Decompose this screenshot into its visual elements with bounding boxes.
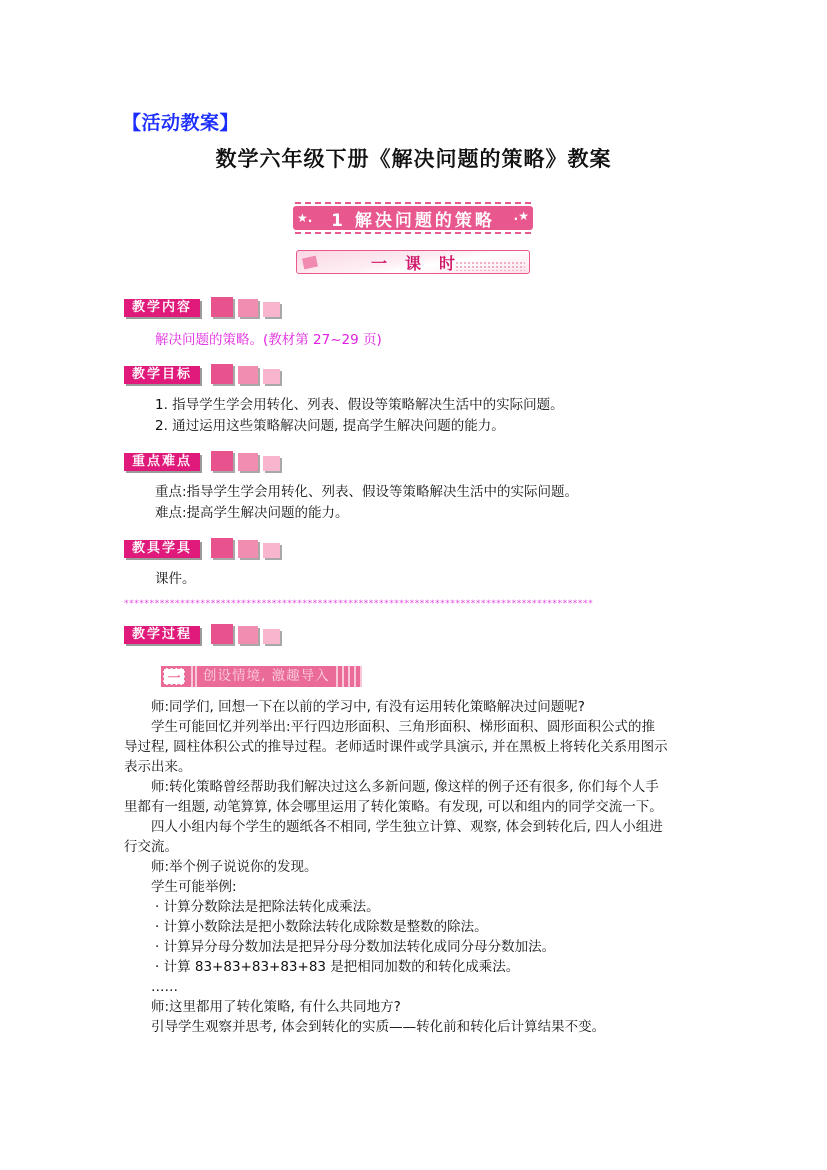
section-heading-label: 重点难点 (124, 453, 200, 471)
tools-text: 课件。 (155, 569, 196, 589)
content-text: 解决问题的策略。(教材第 27~29 页) (155, 330, 382, 350)
paragraph-line: 里都有一组题, 动笔算算, 体会哪里运用了转化策略。有发现, 可以和组内的同学交… (124, 797, 724, 817)
decorative-square-icon (238, 366, 258, 384)
decorative-square-icon (238, 540, 258, 558)
paragraph-line: 学生可能回忆并列举出:平行四边形面积、三角形面积、梯形面积、圆形面积公式的推 (124, 717, 724, 737)
key-point-text: 重点:指导学生学会用转化、列表、假设等策略解决生活中的实际问题。 (155, 482, 578, 502)
section-heading-label: 教学过程 (124, 626, 200, 644)
star-icon: .★ (514, 209, 529, 223)
section-heading-tools: 教具学具 (124, 536, 280, 558)
unit-banner-label: 1 解决问题的策略 (331, 206, 495, 231)
decorative-square-icon (263, 543, 280, 558)
paragraph-line: 引导学生观察并思考, 体会到转化的实质——转化前和转化后计算结果不变。 (124, 1017, 724, 1037)
section-heading-goals: 教学目标 (124, 362, 280, 384)
paragraph-line: 行交流。 (124, 837, 724, 857)
diamond-decoration-icon (302, 256, 318, 270)
decorative-square-icon (263, 629, 280, 644)
paragraph-line: 师:举个例子说说你的发现。 (124, 857, 724, 877)
paragraph-line: 学生可能举例: (124, 877, 724, 897)
lesson-banner: 一课时 (296, 250, 530, 274)
paragraph-line: 师:转化策略曾经帮助我们解决过这么多新问题, 像这样的例子还有很多, 你们每个人… (124, 777, 724, 797)
decorative-square-icon (211, 624, 233, 644)
stripe-decoration (189, 666, 197, 687)
decorative-square-icon (238, 626, 258, 644)
step-banner: 一 创设情境, 激趣导入 (161, 666, 362, 687)
decorative-square-icon (238, 299, 258, 317)
section-heading-label: 教具学具 (124, 540, 200, 558)
stripe-decoration (336, 666, 362, 687)
paragraph-line: 师:这里都用了转化策略, 有什么共同地方? (124, 997, 724, 1017)
paragraph-line: 师:同学们, 回想一下在以前的学习中, 有没有运用转化策略解决过问题呢? (124, 697, 724, 717)
example-item: · 计算小数除法是把小数除法转化成除数是整数的除法。 (124, 917, 724, 937)
decorative-square-icon (238, 453, 258, 471)
lesson-banner-label: 一课时 (353, 251, 473, 274)
star-icon: ★. (297, 211, 312, 225)
decorative-square-icon (211, 297, 233, 317)
paragraph-line: 导过程, 圆柱体积公式的推导过程。老师适时课件或学具演示, 并在黑板上将转化关系… (124, 737, 724, 757)
star-divider: ****************************************… (124, 599, 736, 609)
example-item: · 计算分数除法是把除法转化成乘法。 (124, 897, 724, 917)
paragraph-line: 四人小组内每个学生的题纸各不相同, 学生独立计算、观察, 体会到转化后, 四人小… (124, 817, 724, 837)
example-item: · 计算异分母分数加法是把异分母分数加法转化成同分母分数加法。 (124, 937, 724, 957)
goal-item: 2. 通过运用这些策略解决问题, 提高学生解决问题的能力。 (155, 416, 505, 436)
decorative-square-icon (263, 456, 280, 471)
section-heading-label: 教学目标 (124, 366, 200, 384)
unit-banner: ★. 1 解决问题的策略 .★ (293, 206, 533, 230)
decorative-square-icon (263, 369, 280, 384)
decorative-square-icon (211, 538, 233, 558)
step-label: 创设情境, 激趣导入 (203, 666, 336, 687)
decorative-square-icon (211, 451, 233, 471)
decorative-square-icon (211, 364, 233, 384)
section-heading-process: 教学过程 (124, 622, 280, 644)
process-body: 师:同学们, 回想一下在以前的学习中, 有没有运用转化策略解决过问题呢? 学生可… (124, 697, 724, 1037)
document-title: 数学六年级下册《解决问题的策略》教案 (0, 143, 827, 173)
paragraph-line: 表示出来。 (124, 757, 724, 777)
decorative-square-icon (263, 302, 280, 317)
example-item: · 计算 83+83+83+83+83 是把相同加数的和转化成乘法。 (124, 957, 724, 977)
section-heading-content: 教学内容 (124, 295, 280, 317)
ellipsis-line: …… (124, 977, 724, 997)
activity-tag-title: 【活动教案】 (122, 108, 239, 135)
section-heading-key-points: 重点难点 (124, 449, 280, 471)
goal-item: 1. 指导学生学会用转化、列表、假设等策略解决生活中的实际问题。 (155, 395, 564, 415)
step-number: 一 (163, 668, 185, 685)
difficult-point-text: 难点:提高学生解决问题的能力。 (155, 503, 349, 523)
section-heading-label: 教学内容 (124, 299, 200, 317)
